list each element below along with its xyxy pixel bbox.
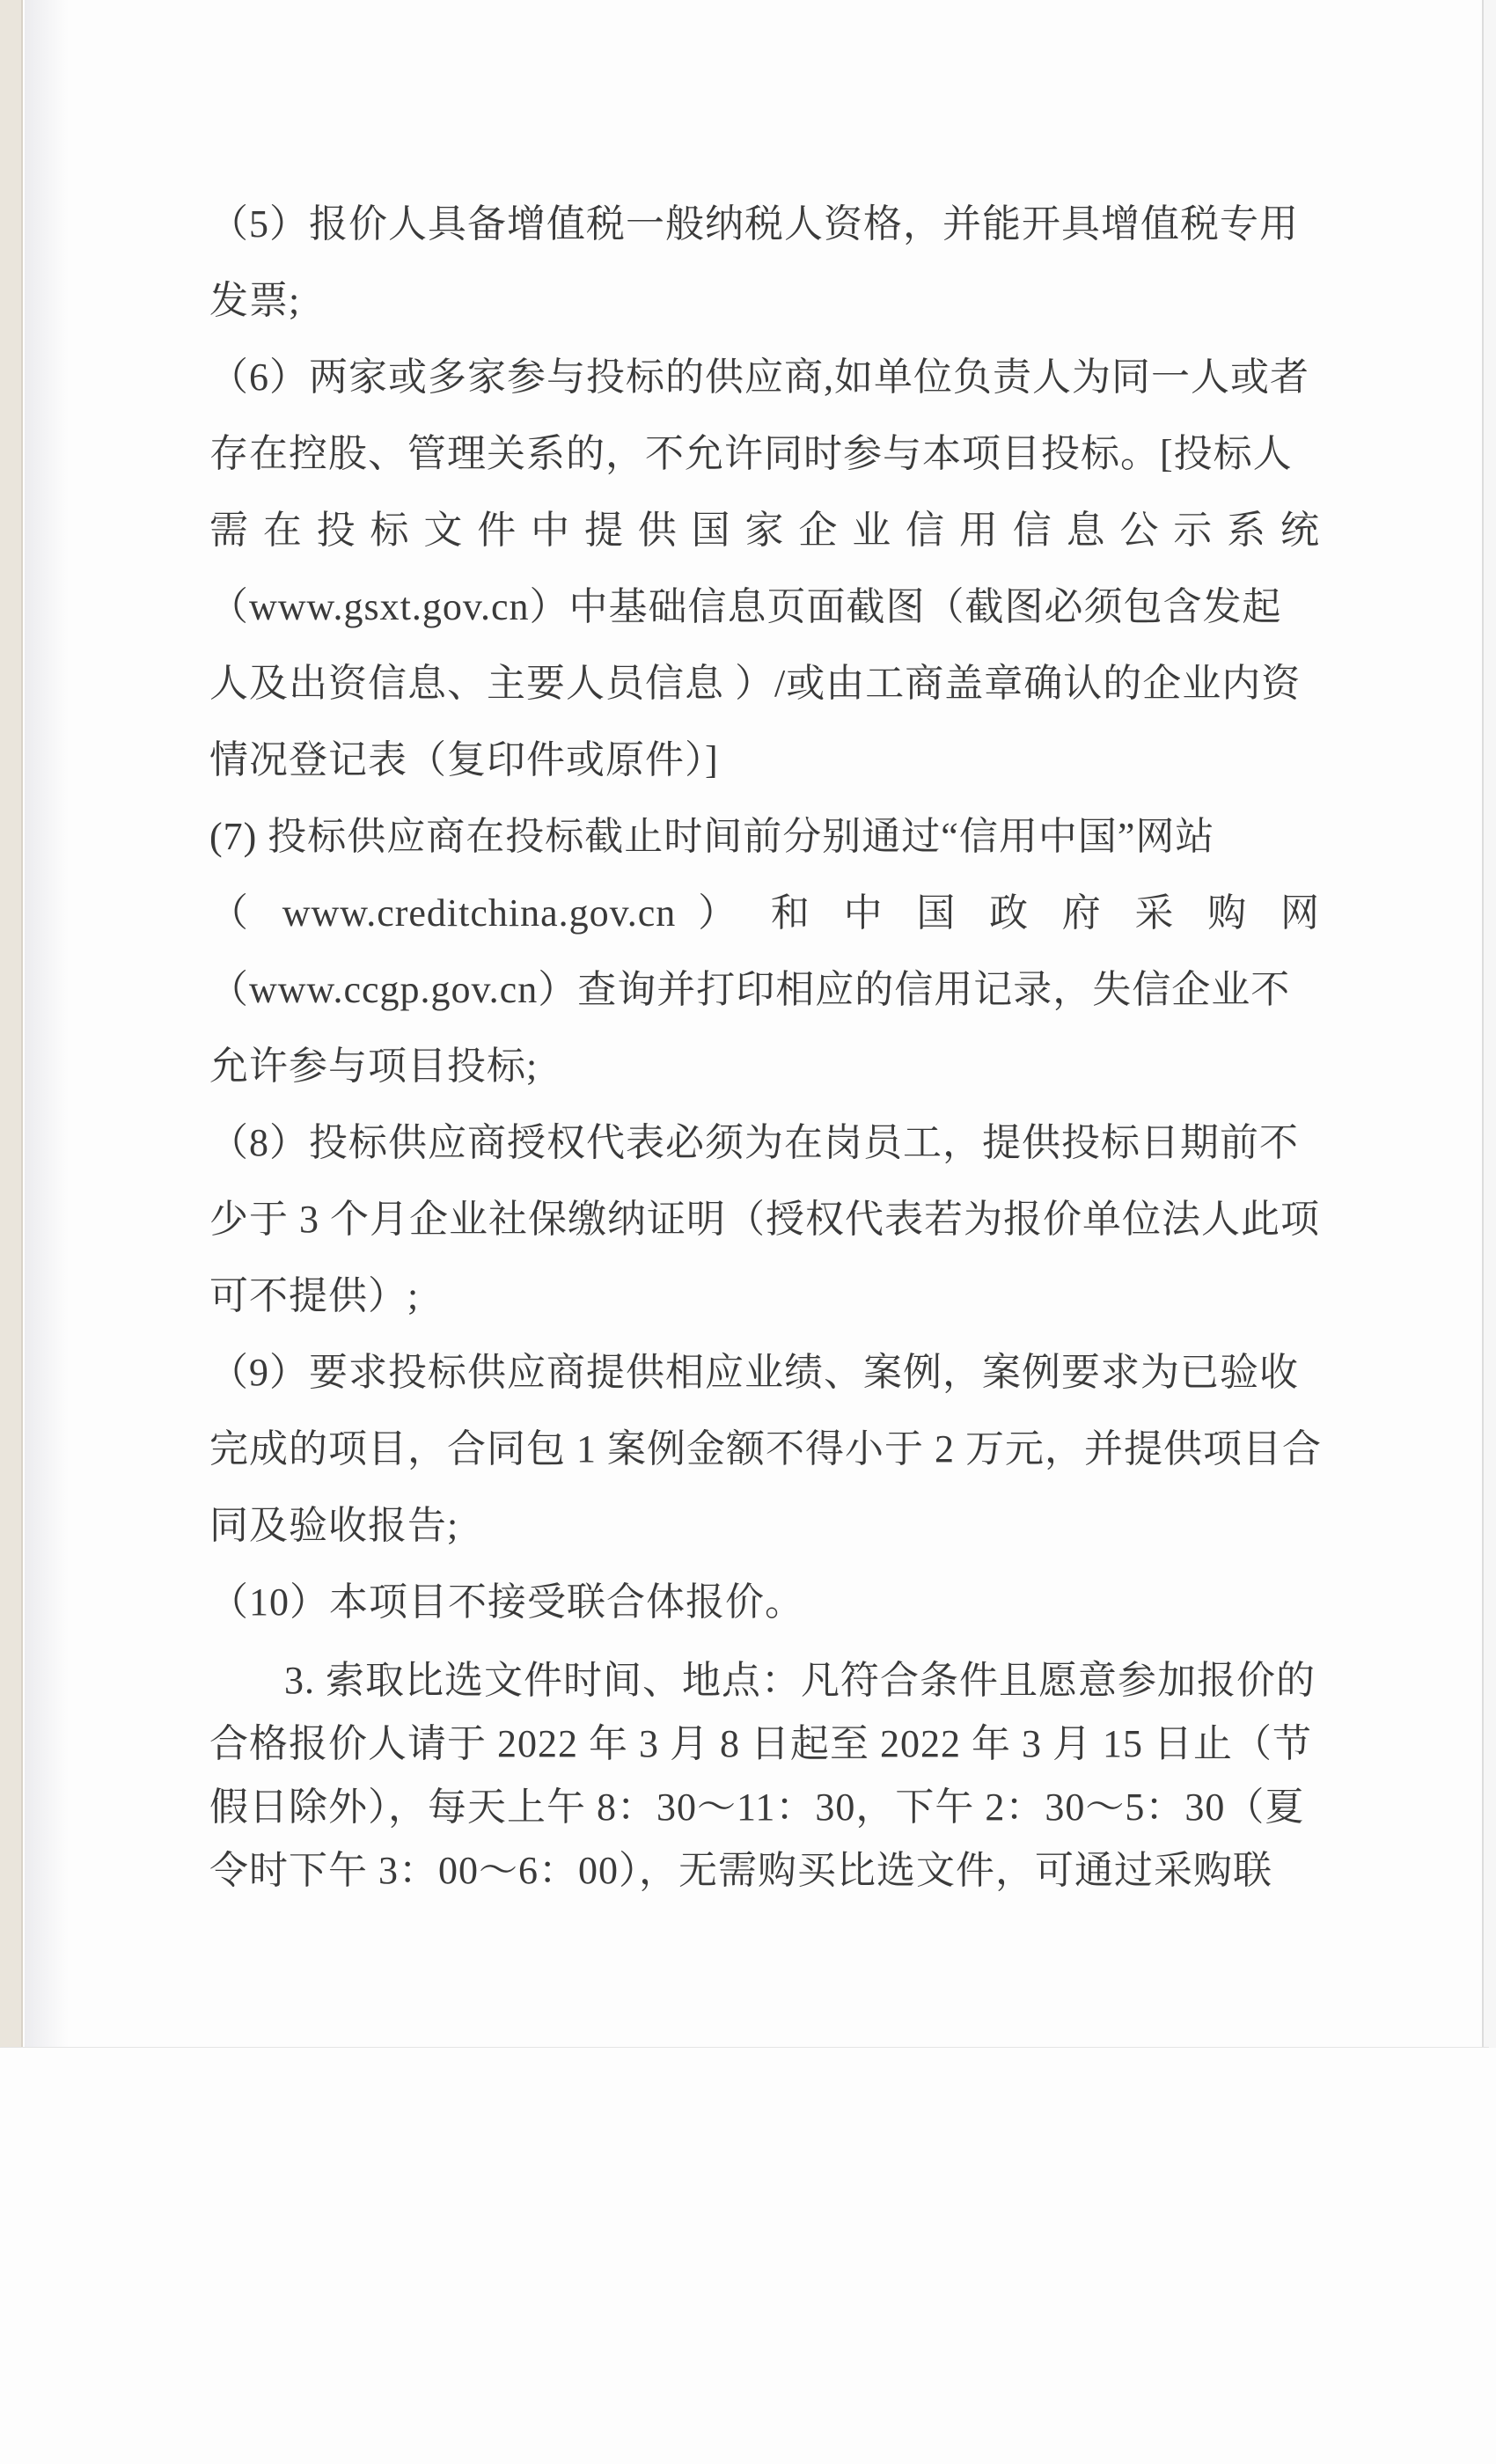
text-line: (7) 投标供应商在投标截止时间前分别通过“信用中国”网站 <box>209 798 1320 875</box>
text-line: （www.gsxt.gov.cn）中基础信息页面截图（截图必须包含发起 <box>209 568 1320 645</box>
text-line: 同及验收报告; <box>209 1487 1320 1564</box>
clauses-text-block: （5）报价人具备增值税一般纳税人资格，并能开具增值税专用 发票; （6）两家或多… <box>209 186 1320 1640</box>
scan-shadow-band-left <box>25 0 69 2047</box>
text-line: （8）投标供应商授权代表必须为在岗员工，提供投标日期前不 <box>209 1104 1320 1181</box>
text-line: 允许参与项目投标; <box>209 1028 1320 1104</box>
section-3-text-block: 3. 索取比选文件时间、地点：凡符合条件且愿意参加报价的 合格报价人请于 202… <box>209 1649 1320 1903</box>
text-line: 假日除外），每天上午 8：30～11：30，下午 2：30～5：30（夏 <box>209 1776 1320 1839</box>
text-line: 3. 索取比选文件时间、地点：凡符合条件且愿意参加报价的 <box>209 1649 1320 1712</box>
text-line: 令时下午 3：00～6：00），无需购买比选文件，可通过采购联 <box>209 1839 1320 1903</box>
scan-edge-right-strip <box>1484 0 1496 2048</box>
text-line: 完成的项目，合同包 1 案例金额不得小于 2 万元，并提供项目合 <box>209 1411 1320 1487</box>
text-line: （ www.creditchina.gov.cn ） 和 中 国 政 府 采 购… <box>209 875 1320 951</box>
text-line: （6）两家或多家参与投标的供应商,如单位负责人为同一人或者 <box>209 339 1320 415</box>
document-page: （5）报价人具备增值税一般纳税人资格，并能开具增值税专用 发票; （6）两家或多… <box>0 0 1496 2464</box>
text-line: 合格报价人请于 2022 年 3 月 8 日起至 2022 年 3 月 15 日… <box>209 1712 1320 1776</box>
text-line: 存在控股、管理关系的，不允许同时参与本项目投标。[投标人 <box>209 415 1320 492</box>
text-line: 情况登记表（复印件或原件）] <box>209 722 1320 798</box>
text-line: （9）要求投标供应商提供相应业绩、案例，案例要求为已验收 <box>209 1334 1320 1411</box>
text-line: 人及出资信息、主要人员信息 ）/或由工商盖章确认的企业内资 <box>209 645 1320 722</box>
text-line: 发票; <box>209 262 1320 339</box>
text-line: （10）本项目不接受联合体报价。 <box>209 1564 1320 1640</box>
scan-edge-left-strip <box>0 0 23 2047</box>
text-line: 少于 3 个月企业社保缴纳证明（授权代表若为报价单位法人此项 <box>209 1181 1320 1258</box>
text-line: 可不提供）; <box>209 1258 1320 1334</box>
text-line: （5）报价人具备增值税一般纳税人资格，并能开具增值税专用 <box>209 186 1320 262</box>
text-line: （www.ccgp.gov.cn）查询并打印相应的信用记录，失信企业不 <box>209 951 1320 1028</box>
page-edge-bottom-line <box>0 2047 1489 2048</box>
text-line: 需在投标文件中提供国家企业信用信息公示系统 <box>209 492 1320 568</box>
